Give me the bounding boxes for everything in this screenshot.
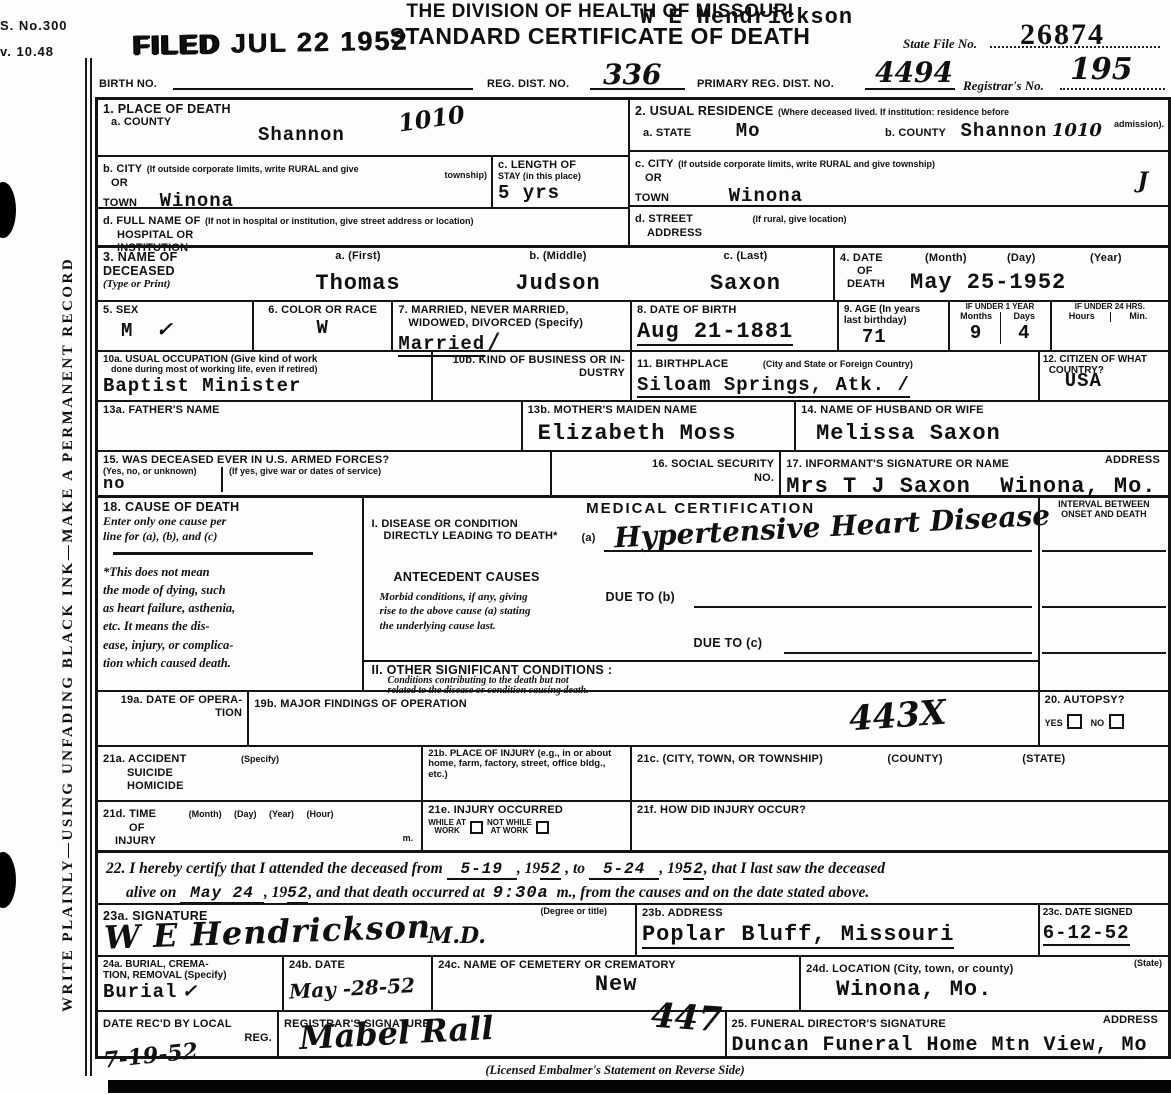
- field-pod-stay: c. LENGTH OF STAY (in this place) 5 yrs: [491, 157, 628, 207]
- name-middle: b. (Middle) Judson: [453, 250, 663, 298]
- certificate-table: 1. PLACE OF DEATH a. COUNTY Shannon 1010…: [95, 97, 1171, 1059]
- certify-t3: , to: [565, 860, 585, 877]
- pod-stay-value: 5 yrs: [498, 182, 623, 204]
- field-injury-time: 21d. TIME (Month) (Day) (Year) (Hour) OF…: [98, 802, 421, 850]
- scan-blob-bottom: [0, 852, 16, 908]
- ssn-label2: NO.: [557, 472, 774, 485]
- race-value: W: [259, 317, 386, 339]
- scan-edge-line-2: [90, 58, 92, 1076]
- burial-label: 24a. BURIAL, CREMA-: [103, 959, 277, 970]
- age-label: 9. AGE (In years: [844, 304, 943, 315]
- notwhile-label2: AT WORK: [487, 827, 532, 836]
- time-month: (Month): [189, 809, 222, 819]
- months-col: Months 9: [952, 312, 1000, 344]
- registrar-signature-value: Mabel Rall: [298, 1009, 494, 1057]
- certify-time: 9:30a: [489, 884, 553, 905]
- cause-note: *This does not mean the mode of dying, s…: [103, 563, 357, 672]
- op-label2: TION: [103, 707, 242, 720]
- burial-date-label: 24b. DATE: [289, 959, 426, 972]
- burial-handmark: ✓: [182, 981, 197, 1002]
- place-of-death-block: 1. PLACE OF DEATH a. COUNTY Shannon 1010…: [98, 100, 628, 245]
- other-conditions-divider: [364, 660, 1038, 662]
- days-label: Days: [1001, 312, 1048, 322]
- field-res-street: d. STREET (If rural, give location) ADDR…: [630, 205, 1168, 245]
- field-how-injury: 21f. HOW DID INJURY OCCUR?: [630, 802, 1168, 850]
- field-business: 10b. KIND OF BUSINESS OR IN- DUSTRY: [431, 352, 630, 400]
- autopsy-yes-label: YES: [1045, 718, 1063, 728]
- row-operation: 19a. DATE OF OPERA- TION 19b. MAJOR FIND…: [98, 690, 1168, 745]
- injury-loc-state: (STATE): [1022, 753, 1065, 765]
- degree-title-label: (Degree or title): [540, 907, 607, 917]
- autopsy-label: 20. AUTOPSY?: [1045, 694, 1163, 707]
- res-city-note: (If outside corporate limits, write RURA…: [678, 159, 935, 169]
- armed-value: no: [103, 477, 221, 492]
- antecedent-note1: Morbid conditions, if any, giving: [380, 590, 531, 604]
- row-signature: 23a. SIGNATURE (Degree or title) W E Hen…: [98, 903, 1168, 955]
- pod-hosp-label2: HOSPITAL OR: [117, 229, 623, 242]
- mother-label: 13b. MOTHER'S MAIDEN NAME: [528, 404, 789, 417]
- certify-from-yr: 52: [540, 860, 561, 880]
- min-label: Min.: [1111, 312, 1166, 322]
- antecedent-note2: rise to the above cause (a) stating: [380, 604, 531, 618]
- name-label: 3. NAME OF: [103, 250, 263, 264]
- certify-t6: alive on: [126, 884, 176, 901]
- res-street-label2: ADDRESS: [647, 227, 1163, 240]
- cit-value: USA: [1065, 370, 1165, 392]
- pod-county-value: Shannon: [258, 124, 345, 146]
- field-name: 3. NAME OF DECEASED (Type or Print) a. (…: [98, 248, 833, 300]
- time-label3: INJURY: [115, 835, 416, 848]
- field-accident-kind: 21a. ACCIDENT (Specify) SUICIDE HOMICIDE: [98, 747, 421, 800]
- row-occupation: 10a. USUAL OCCUPATION (Give kind of work…: [98, 350, 1168, 400]
- burial-location-value: Winona, Mo.: [836, 977, 1163, 1002]
- medical-certification-block: MEDICAL CERTIFICATION I. DISEASE OR COND…: [362, 498, 1038, 690]
- field-pod-city: b. CITY (If outside corporate limits, wr…: [98, 157, 491, 207]
- certify-t1: I hereby certify that I attended the dec…: [129, 860, 442, 877]
- not-while-at-work-label: NOT WHILE AT WORK: [487, 819, 532, 837]
- field-registrar-signature: REGISTRAR'S SIGNATURE Mabel Rall 447: [277, 1012, 724, 1056]
- informant-label: 17. INFORMANT'S SIGNATURE OR NAME: [786, 458, 1009, 470]
- field-ssn: 16. SOCIAL SECURITY NO.: [550, 452, 779, 495]
- scan-edge-line: [85, 58, 87, 1076]
- filed-word: FILED: [133, 29, 222, 61]
- birth-no-label: BIRTH NO.: [99, 78, 157, 91]
- registrar-no-leader: [1060, 74, 1165, 90]
- bp-value: Siloam Springs, Atk. /: [637, 374, 910, 398]
- name-label-block: 3. NAME OF DECEASED (Type or Print): [103, 250, 263, 298]
- date-signed-label: 23c. DATE SIGNED: [1043, 907, 1165, 918]
- row-accident: 21a. ACCIDENT (Specify) SUICIDE HOMICIDE…: [98, 745, 1168, 800]
- age-value: 71: [862, 326, 943, 348]
- cause-sub1: Enter only one cause per: [103, 514, 357, 529]
- antecedent-title: ANTECEDENT CAUSES: [394, 570, 540, 584]
- cit-label: 12. CITIZEN OF WHAT: [1043, 354, 1165, 365]
- certify-to-yr: 52: [683, 860, 704, 880]
- dod-month-label: (Month): [925, 252, 967, 265]
- mother-value: Elizabeth Moss: [538, 421, 789, 446]
- field-dob: 8. DATE OF BIRTH Aug 21-1881: [630, 302, 837, 350]
- interval-column: INTERVAL BETWEEN ONSET AND DEATH: [1038, 498, 1168, 690]
- injury-loc-county: (COUNTY): [887, 753, 942, 765]
- dod-year-label: (Year): [1090, 252, 1122, 265]
- due-to-b-label: DUE TO (b): [606, 590, 675, 604]
- physician-degree-value: M.D.: [428, 923, 486, 949]
- name-label3: (Type or Print): [103, 278, 263, 290]
- armed-left: (Yes, no, or unknown) no: [103, 467, 221, 492]
- certify-t7: , 19: [264, 884, 287, 901]
- due-to-c-label: DUE TO (c): [694, 636, 763, 650]
- cemetery-code-handwritten: 447: [650, 996, 724, 1041]
- cause-title: 18. CAUSE OF DEATH: [103, 500, 357, 514]
- field-burial-date: 24b. DATE May -28-52: [282, 957, 431, 1010]
- while-at-work-label: WHILE AT WORK: [428, 819, 466, 837]
- first-label: a. (First): [263, 250, 453, 263]
- autopsy-no-label: NO: [1091, 718, 1105, 728]
- address-label: 23b. ADDRESS: [642, 907, 1033, 920]
- footer-note: (Licensed Embalmer's Statement on Revers…: [395, 1063, 835, 1078]
- pod-city-label: b. CITY: [103, 163, 142, 175]
- field-age-under24: IF UNDER 24 HRS. Hours Min.: [1050, 302, 1168, 350]
- pod-stay-label: c. LENGTH OF: [498, 159, 623, 172]
- how-injury-label: 21f. HOW DID INJURY OCCUR?: [637, 804, 1163, 817]
- funeral-value: Duncan Funeral Home Mtn View, Mo: [732, 1034, 1148, 1059]
- race-label: 6. COLOR OR RACE: [259, 304, 386, 317]
- time-m: m.: [403, 834, 414, 844]
- dod-day-label: (Day): [1007, 252, 1036, 265]
- armed-subcols: (Yes, no, or unknown) no (If yes, give w…: [103, 467, 545, 492]
- certify-from: 5-19: [447, 860, 517, 880]
- usual-residence-block: 2. USUAL RESIDENCE (Where deceased lived…: [628, 100, 1168, 245]
- disease-label2: DIRECTLY LEADING TO DEATH*: [384, 530, 558, 543]
- marital-label2: WIDOWED, DIVORCED (Specify): [408, 317, 625, 330]
- res-title-note2: admission).: [1114, 120, 1164, 130]
- occ-value: Baptist Minister: [103, 375, 426, 397]
- row-place-residence: 1. PLACE OF DEATH a. COUNTY Shannon 1010…: [98, 100, 1168, 245]
- marital-label: 7. MARRIED, NEVER MARRIED,: [398, 304, 625, 317]
- cemetery-label: 24c. NAME OF CEMETERY OR CREMATORY: [438, 959, 794, 972]
- date-signed-value: 6-12-52: [1043, 922, 1130, 946]
- accident-specify: (Specify): [241, 754, 279, 764]
- cemetery-value: New: [438, 972, 794, 997]
- last-value: Saxon: [663, 271, 828, 296]
- certify-alive: May 24: [180, 884, 264, 904]
- hours-label: Hours: [1054, 312, 1110, 322]
- pod-hosp-note: (If not in hospital or institution, give…: [205, 216, 474, 226]
- res-state-value: Mo: [736, 120, 761, 142]
- time-day: (Day): [234, 809, 257, 819]
- name-last: c. (Last) Saxon: [663, 250, 828, 298]
- state-file-no: 26874: [1020, 18, 1105, 52]
- header: FILED JUL 22 1952 THE DIVISION OF HEALTH…: [95, 0, 1171, 97]
- reg-dist-label: REG. DIST. NO.: [487, 78, 569, 91]
- antecedent-note3: the underlying cause last.: [380, 619, 531, 633]
- field-funeral-director: 25. FUNERAL DIRECTOR'S SIGNATURE ADDRESS…: [725, 1012, 1169, 1056]
- res-city-or: OR: [645, 172, 1163, 185]
- row-pod-city-stay: b. CITY (If outside corporate limits, wr…: [98, 155, 628, 207]
- under1-cols: Months 9 Days 4: [952, 312, 1047, 344]
- not-while-at-work-checkbox: [536, 821, 549, 834]
- field-age: 9. AGE (In years last birthday) 71: [837, 302, 948, 350]
- time-hour: (Hour): [306, 809, 333, 819]
- autopsy-no-checkbox: [1109, 714, 1124, 729]
- pod-city-or: OR: [111, 177, 486, 190]
- interval-label2: ONSET AND DEATH: [1042, 510, 1166, 520]
- dod-label: 4. DATE: [840, 252, 883, 265]
- certify-t5: , that I last saw the deceased: [704, 860, 885, 877]
- months-label: Months: [952, 312, 1000, 322]
- sex-label: 5. SEX: [103, 304, 247, 317]
- field-armed-forces: 15. WAS DECEASED EVER IN U.S. ARMED FORC…: [98, 452, 550, 495]
- pod-county-label: a. COUNTY: [111, 116, 623, 129]
- row-registrar: DATE REC'D BY LOCAL REG. 7-19-52 REGISTR…: [98, 1010, 1168, 1056]
- field-physician-address: 23b. ADDRESS Poplar Bluff, Missouri: [635, 905, 1038, 955]
- cause-note3: as heart failure, asthenia,: [103, 599, 357, 617]
- res-county-value: Shannon: [961, 120, 1048, 142]
- field-father: 13a. FATHER'S NAME: [98, 402, 521, 450]
- scan-blob-top: [0, 182, 16, 238]
- field-res-city: c. CITY (If outside corporate limits, wr…: [630, 150, 1168, 205]
- res-street-label: d. STREET: [635, 213, 693, 225]
- primary-reg-label: PRIMARY REG. DIST. NO.: [697, 78, 834, 91]
- pod-city-note2: township): [445, 171, 488, 181]
- scan-bottom-bar: [108, 1080, 1171, 1093]
- field-certify-statement: 22. I hereby certify that I attended the…: [98, 853, 1168, 903]
- spouse-label: 14. NAME OF HUSBAND OR WIFE: [801, 404, 1163, 417]
- field-marital: 7. MARRIED, NEVER MARRIED, WIDOWED, DIVO…: [391, 302, 630, 350]
- time-label1: 21d. TIME: [103, 808, 156, 820]
- cause-note1: *This does not mean: [103, 563, 357, 581]
- field-spouse: 14. NAME OF HUSBAND OR WIFE Melissa Saxo…: [794, 402, 1168, 450]
- disease-line-a: [604, 550, 1032, 552]
- burial-value: Burial: [103, 981, 177, 1003]
- recd-label: DATE REC'D BY LOCAL: [103, 1018, 232, 1030]
- field-operation-date: 19a. DATE OF OPERA- TION: [98, 692, 247, 745]
- while-at-work-checkbox: [470, 821, 483, 834]
- primary-reg-blank: [865, 74, 955, 90]
- row-sex-age: 5. SEX M ✓ 6. COLOR OR RACE W 7. MARRIED…: [98, 300, 1168, 350]
- res-street-note: (If rural, give location): [752, 214, 846, 224]
- field-injury-occurred: 21e. INJURY OCCURRED WHILE AT WORK NOT W…: [421, 802, 630, 850]
- pod-city-note: (If outside corporate limits, write RURA…: [147, 164, 359, 174]
- cause-note5: ease, injury, or complica-: [103, 636, 357, 654]
- field-pod-hospital: d. FULL NAME OF (If not in hospital or i…: [98, 207, 628, 245]
- ssn-label: 16. SOCIAL SECURITY: [652, 458, 774, 470]
- funeral-label: 25. FUNERAL DIRECTOR'S SIGNATURE: [732, 1018, 946, 1030]
- dod-of: OF: [857, 265, 873, 278]
- cause-note4: etc. It means the dis-: [103, 617, 357, 635]
- armed-note2: (If yes, give war or dates of service): [229, 467, 381, 477]
- time-year: (Year): [269, 809, 294, 819]
- birth-no-blank: [173, 74, 473, 90]
- days-col: Days 4: [1000, 312, 1048, 344]
- dod-death: DEATH: [847, 278, 885, 291]
- field-informant: 17. INFORMANT'S SIGNATURE OR NAME ADDRES…: [779, 452, 1168, 495]
- dob-value: Aug 21-1881: [637, 319, 793, 346]
- under24-cols: Hours Min.: [1054, 312, 1166, 322]
- burial-date-value: May -28-52: [288, 972, 426, 1003]
- bp-note: (City and State or Foreign Country): [763, 359, 913, 369]
- res-city-label: c. CITY: [635, 158, 674, 170]
- field-injury-location: 21c. (CITY, TOWN, OR TOWNSHIP) (COUNTY) …: [630, 747, 1168, 800]
- field-sex: 5. SEX M ✓: [98, 302, 252, 350]
- middle-value: Judson: [453, 271, 663, 296]
- name-label2: DECEASED: [103, 264, 263, 278]
- certify-t8: , and that death occurred at: [308, 884, 485, 901]
- burial-location-label: 24d. LOCATION (City, town, or county): [806, 963, 1013, 975]
- certificate-form: FILED JUL 22 1952 THE DIVISION OF HEALTH…: [95, 0, 1171, 1078]
- field-physician-signature: 23a. SIGNATURE (Degree or title) W E Hen…: [98, 905, 635, 955]
- months-value: 9: [952, 322, 1000, 344]
- occurred-label: 21e. INJURY OCCURRED: [428, 804, 625, 817]
- field-injury-place: 21b. PLACE OF INJURY (e.g., in or about …: [421, 747, 630, 800]
- burial-label2: TION, REMOVAL (Specify): [103, 970, 277, 981]
- while-label2: WORK: [428, 827, 466, 836]
- state-file-label: State File No.: [903, 36, 977, 52]
- certify-no: 22.: [106, 860, 125, 877]
- certify-alive-yr: 52: [287, 884, 308, 904]
- row-parents: 13a. FATHER'S NAME 13b. MOTHER'S MAIDEN …: [98, 400, 1168, 450]
- accident-label3: HOMICIDE: [127, 780, 416, 793]
- field-pod-county: 1. PLACE OF DEATH a. COUNTY Shannon 1010: [98, 100, 628, 155]
- field-race: 6. COLOR OR RACE W: [252, 302, 391, 350]
- row-certify: 22. I hereby certify that I attended the…: [98, 850, 1168, 903]
- cause-divider: [113, 552, 313, 555]
- due-to-c-line: [784, 652, 1032, 654]
- field-cause-of-death: 18. CAUSE OF DEATH Enter only one cause …: [98, 498, 362, 690]
- accident-label1: 21a. ACCIDENT: [103, 753, 187, 765]
- cause-sub2: line for (a), (b), and (c): [103, 529, 357, 544]
- spouse-value: Melissa Saxon: [816, 421, 1163, 446]
- armed-label: 15. WAS DECEASED EVER IN U.S. ARMED FORC…: [103, 454, 545, 467]
- armed-right: (If yes, give war or dates of service): [221, 467, 381, 492]
- field-res-state-county: 2. USUAL RESIDENCE (Where deceased lived…: [630, 100, 1168, 150]
- row-armed-informant: 15. WAS DECEASED EVER IN U.S. ARMED FORC…: [98, 450, 1168, 495]
- res-title: 2. USUAL RESIDENCE: [635, 104, 774, 118]
- row-burial: 24a. BURIAL, CREMA- TION, REMOVAL (Speci…: [98, 955, 1168, 1010]
- field-birthplace: 11. BIRTHPLACE (City and State or Foreig…: [630, 352, 1038, 400]
- funeral-address-label: ADDRESS: [1103, 1014, 1158, 1027]
- form-code-2: v. 10.48: [0, 44, 54, 59]
- pod-hosp-label: d. FULL NAME OF: [103, 215, 201, 227]
- form-code-1: S. No.300: [0, 18, 68, 33]
- field-date-of-death: 4. DATE OF DEATH (Month) (Day) (Year) Ma…: [833, 248, 1168, 300]
- reg-dist-blank: [590, 74, 685, 90]
- antecedent-note: Morbid conditions, if any, giving rise t…: [380, 590, 531, 633]
- sex-value: M: [121, 320, 133, 342]
- margin-instruction: WRITE PLAINLY—USING UNFADING BLACK INK—M…: [60, 257, 77, 1012]
- row-name-dod: 3. NAME OF DECEASED (Type or Print) a. (…: [98, 245, 1168, 300]
- field-burial-location: 24d. LOCATION (City, town, or county) (S…: [799, 957, 1168, 1010]
- op-label: 19a. DATE OF OPERA-: [103, 694, 242, 707]
- field-mother: 13b. MOTHER'S MAIDEN NAME Elizabeth Moss: [521, 402, 794, 450]
- middle-label: b. (Middle): [453, 250, 663, 263]
- field-operation-findings: 19b. MAJOR FINDINGS OF OPERATION 443X: [247, 692, 1037, 745]
- sex-handmark: ✓: [156, 317, 173, 341]
- occ-label2: done during most of working life, even i…: [111, 365, 426, 375]
- name-first: a. (First) Thomas: [263, 250, 453, 298]
- bus-label2: DUSTRY: [438, 367, 625, 380]
- res-county-handmark: 1010: [1052, 120, 1102, 141]
- findings-handwritten: 443X: [848, 693, 948, 740]
- row-medical: 18. CAUSE OF DEATH Enter only one cause …: [98, 495, 1168, 690]
- res-city-value: Winona: [729, 185, 803, 207]
- field-cemetery: 24c. NAME OF CEMETERY OR CREMATORY New: [431, 957, 799, 1010]
- informant-address-label: ADDRESS: [1105, 454, 1160, 467]
- field-date-signed: 23c. DATE SIGNED 6-12-52: [1038, 905, 1168, 955]
- certify-t4: , 19: [659, 860, 682, 877]
- interval-line-c: [1042, 652, 1166, 654]
- first-value: Thomas: [263, 271, 453, 296]
- injury-place-label2: home, farm, factory, street, office bldg…: [428, 759, 625, 780]
- disease-label1: I. DISEASE OR CONDITION: [372, 518, 518, 531]
- res-city-town: TOWN: [635, 192, 669, 204]
- accident-label2: SUICIDE: [127, 767, 416, 780]
- res-state-label: a. STATE: [643, 127, 691, 139]
- last-label: c. (Last): [663, 250, 828, 263]
- cause-note2: the mode of dying, such: [103, 581, 357, 599]
- res-city-handmark: J: [1138, 168, 1148, 194]
- min-col: Min.: [1110, 312, 1166, 322]
- injury-loc-label: 21c. (CITY, TOWN, OR TOWNSHIP): [637, 753, 823, 765]
- time-label2: OF: [129, 822, 416, 835]
- row-injury-time: 21d. TIME (Month) (Day) (Year) (Hour) OF…: [98, 800, 1168, 850]
- days-value: 4: [1001, 322, 1048, 344]
- cause-note6: tion which caused death.: [103, 654, 357, 672]
- certify-to: 5-24: [589, 860, 659, 880]
- death-certificate-scan: S. No.300 v. 10.48 WRITE PLAINLY—USING U…: [0, 0, 1171, 1094]
- age-label2: last birthday): [844, 315, 943, 326]
- father-label: 13a. FATHER'S NAME: [103, 404, 516, 417]
- bus-label: 10b. KIND OF BUSINESS OR IN-: [438, 354, 625, 367]
- field-burial: 24a. BURIAL, CREMA- TION, REMOVAL (Speci…: [98, 957, 282, 1010]
- burial-location-state: (State): [1134, 959, 1162, 969]
- interval-line-b: [1042, 606, 1166, 608]
- pod-stay-label2: STAY (in this place): [498, 172, 623, 182]
- pod-title: 1. PLACE OF DEATH: [103, 102, 623, 116]
- findings-label: 19b. MAJOR FINDINGS OF OPERATION: [254, 698, 467, 710]
- certify-t2: , 19: [517, 860, 540, 877]
- dod-value: May 25-1952: [910, 270, 1066, 295]
- field-age-under1: IF UNDER 1 YEAR Months 9 Days 4: [948, 302, 1049, 350]
- interval-line-a: [1042, 550, 1166, 552]
- state-registrar-name: W E Hendrickson: [640, 5, 853, 30]
- res-title-note: (Where deceased lived. If institution: r…: [778, 107, 1009, 117]
- registrar-no-label: Registrar's No.: [963, 78, 1044, 94]
- bp-label: 11. BIRTHPLACE: [637, 358, 728, 370]
- dob-label: 8. DATE OF BIRTH: [637, 304, 832, 317]
- res-county-label: b. COUNTY: [885, 127, 946, 139]
- hours-col: Hours: [1054, 312, 1110, 322]
- field-autopsy: 20. AUTOPSY? YES NO: [1038, 692, 1168, 745]
- due-to-b-line: [694, 606, 1032, 608]
- disease-a: (a): [582, 532, 596, 545]
- certify-t9: m., from the causes and on the date stat…: [557, 884, 870, 901]
- address-value: Poplar Bluff, Missouri: [642, 922, 954, 949]
- filed-stamp: FILED JUL 22 1952: [133, 26, 409, 62]
- field-date-received: DATE REC'D BY LOCAL REG. 7-19-52: [98, 1012, 277, 1056]
- field-occupation: 10a. USUAL OCCUPATION (Give kind of work…: [98, 352, 431, 400]
- field-citizen: 12. CITIZEN OF WHAT COUNTRY? USA: [1038, 352, 1168, 400]
- autopsy-yes-checkbox: [1067, 714, 1082, 729]
